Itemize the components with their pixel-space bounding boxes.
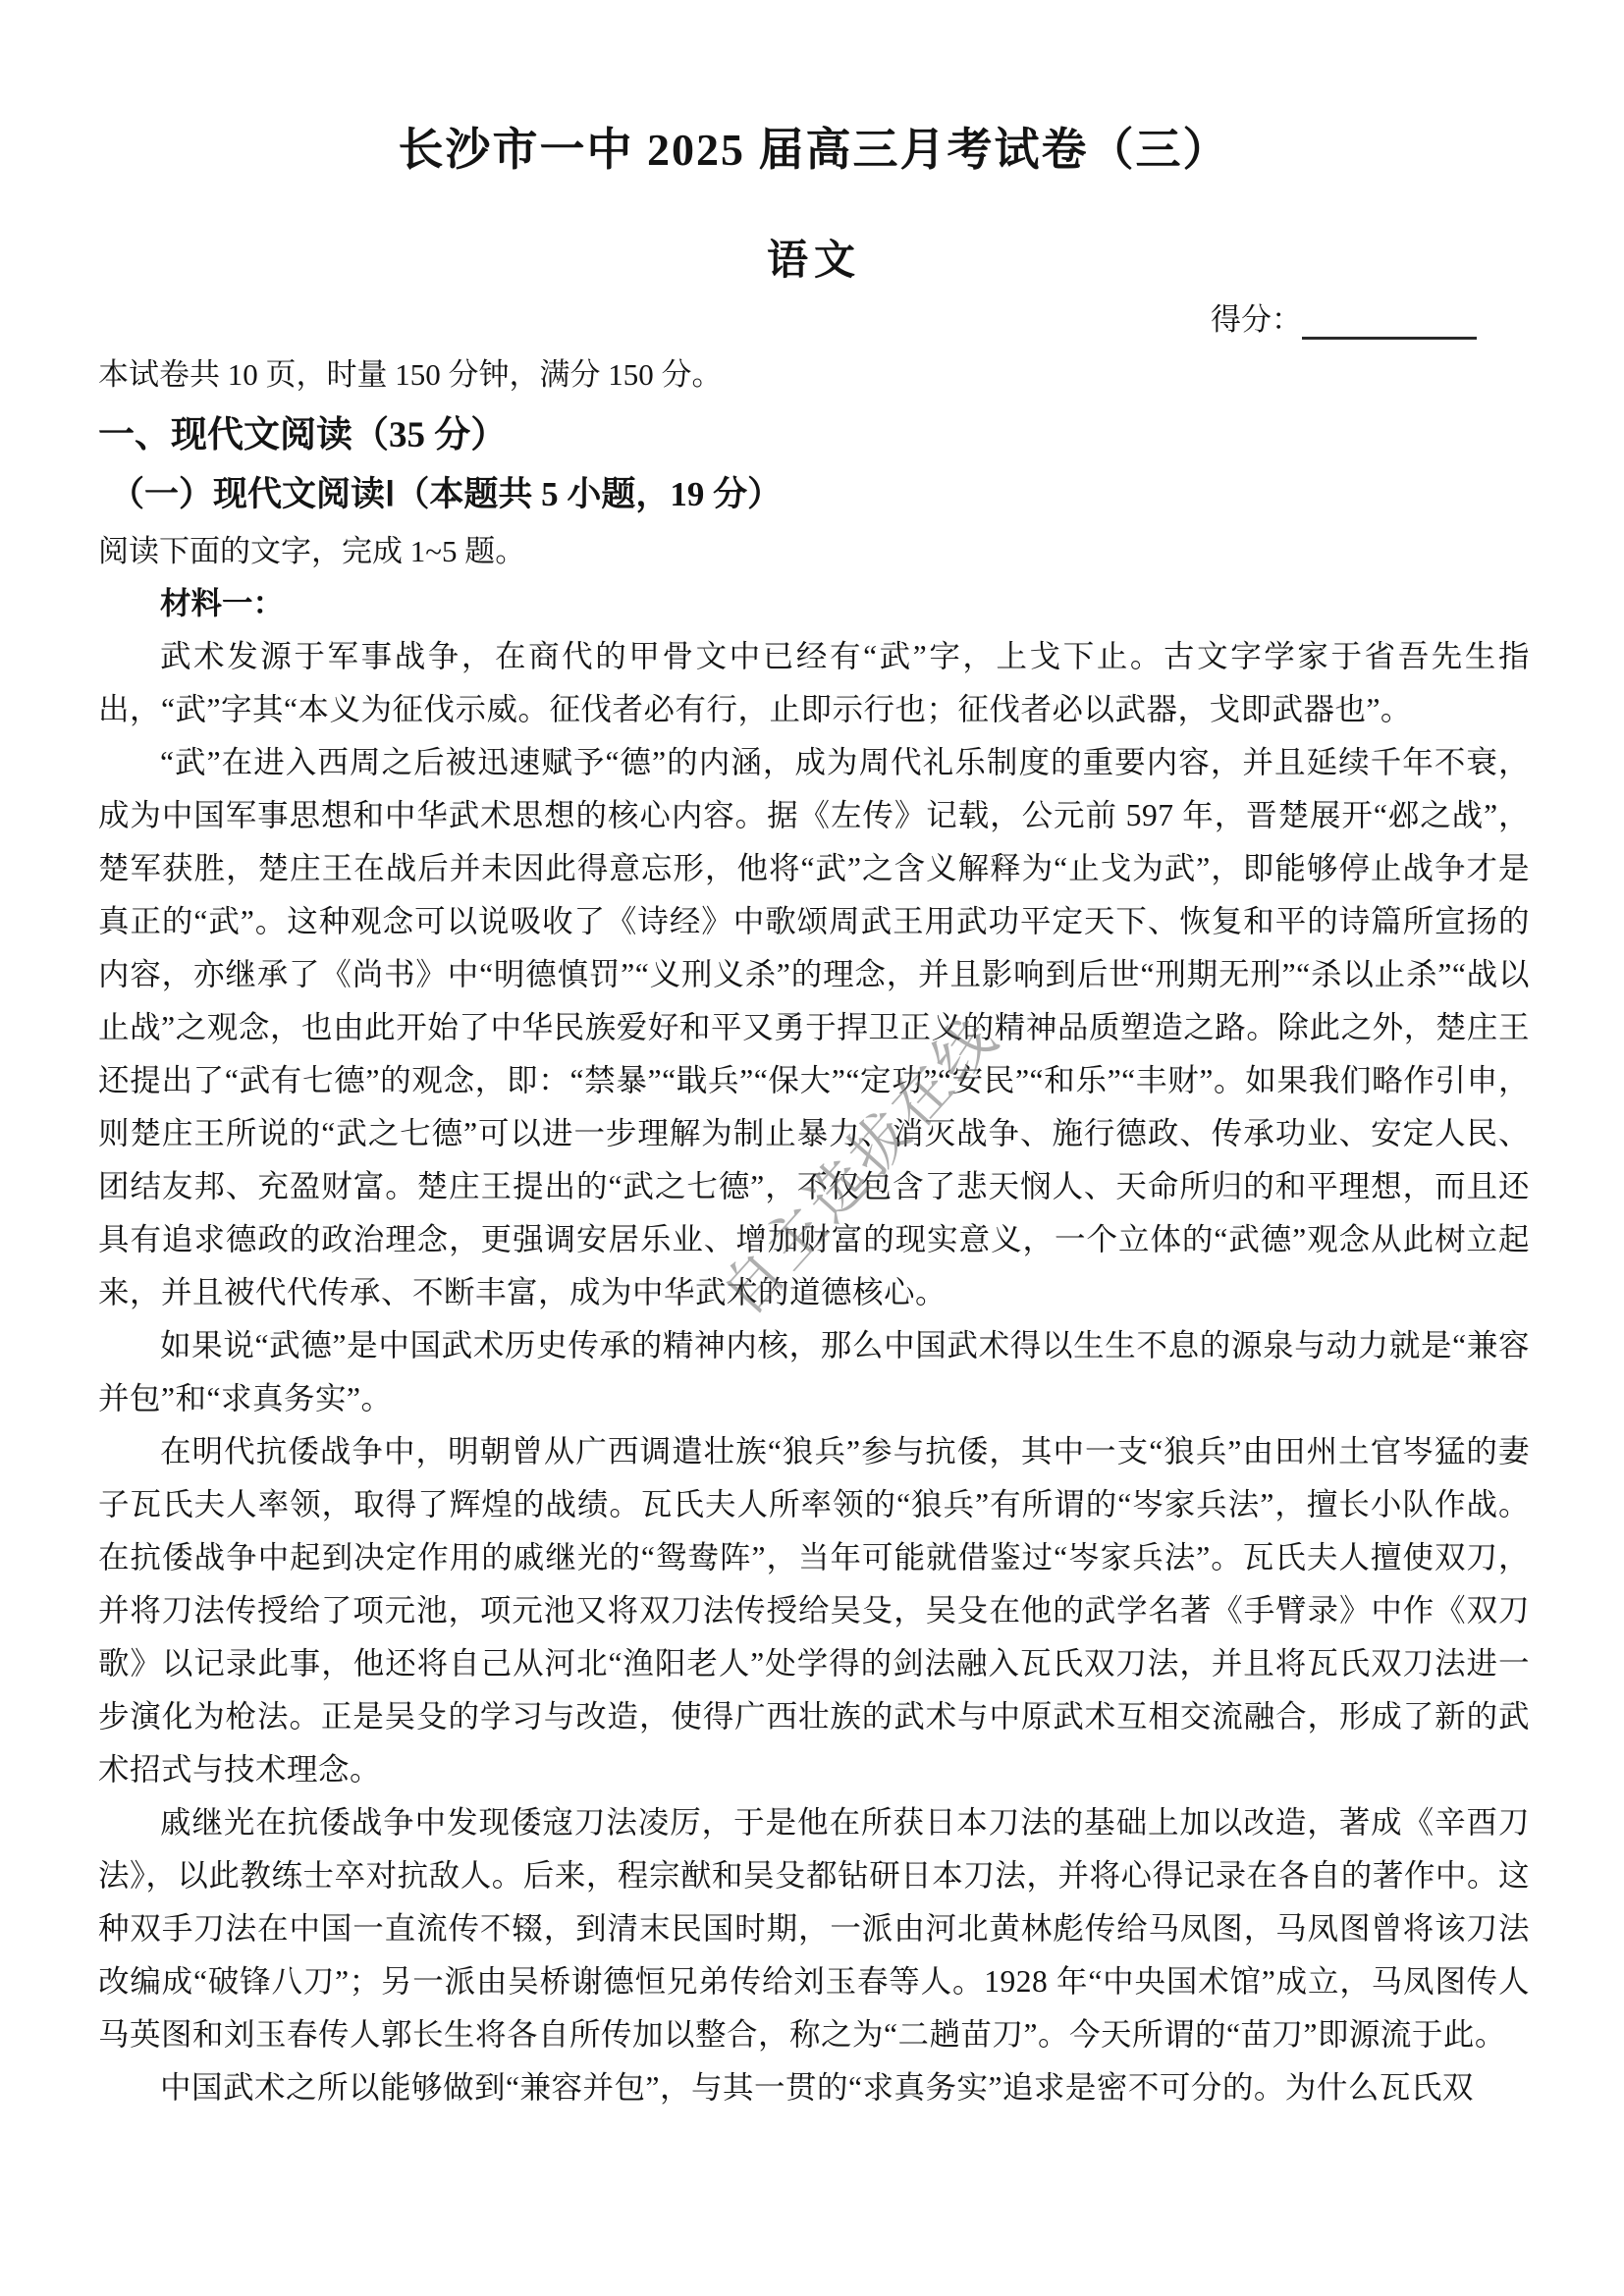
exam-paper-page: 长沙市一中 2025 届高三月考试卷（三） 语文 得分： 本试卷共 10 页，时… [0,0,1624,2296]
score-blank-line [1302,301,1477,340]
score-row: 得分： [98,300,1530,340]
subject-title: 语文 [98,228,1530,287]
section-heading-modern-reading: 一、现代文阅读（35 分） [98,410,1530,461]
score-label: 得分： [1211,300,1302,340]
material-paragraph: 武术发源于军事战争，在商代的甲骨文中已经有“武”字，上戈下止。古文字学家于省吾先… [98,630,1530,736]
material-paragraph: “武”在进入西周之后被迅速赋予“德”的内涵，成为周代礼乐制度的重要内容，并且延续… [98,736,1530,1319]
material-one: 材料一： 武术发源于军事战争，在商代的甲骨文中已经有“武”字，上戈下止。古文字学… [98,577,1530,2114]
material-paragraph: 中国武术之所以能够做到“兼容并包”，与其一贯的“求真务实”追求是密不可分的。为什… [98,2061,1530,2114]
reading-instruction: 阅读下面的文字，完成 1~5 题。 [98,528,1530,575]
page-content: 长沙市一中 2025 届高三月考试卷（三） 语文 得分： 本试卷共 10 页，时… [0,0,1624,2114]
material-paragraph: 戚继光在抗倭战争中发现倭寇刀法凌厉，于是他在所获日本刀法的基础上加以改造，著成《… [98,1796,1530,2061]
exam-title: 长沙市一中 2025 届高三月考试卷（三） [98,114,1530,179]
material-label: 材料一： [98,577,1530,630]
exam-info: 本试卷共 10 页，时量 150 分钟，满分 150 分。 [98,353,1530,397]
material-paragraph: 如果说“武德”是中国武术历史传承的精神内核，那么中国武术得以生生不息的源泉与动力… [98,1319,1530,1425]
material-paragraph: 在明代抗倭战争中，明朝曾从广西调遣壮族“狼兵”参与抗倭，其中一支“狼兵”由田州土… [98,1425,1530,1796]
subsection-heading-reading-1: （一）现代文阅读Ⅰ（本题共 5 小题，19 分） [110,469,1530,520]
